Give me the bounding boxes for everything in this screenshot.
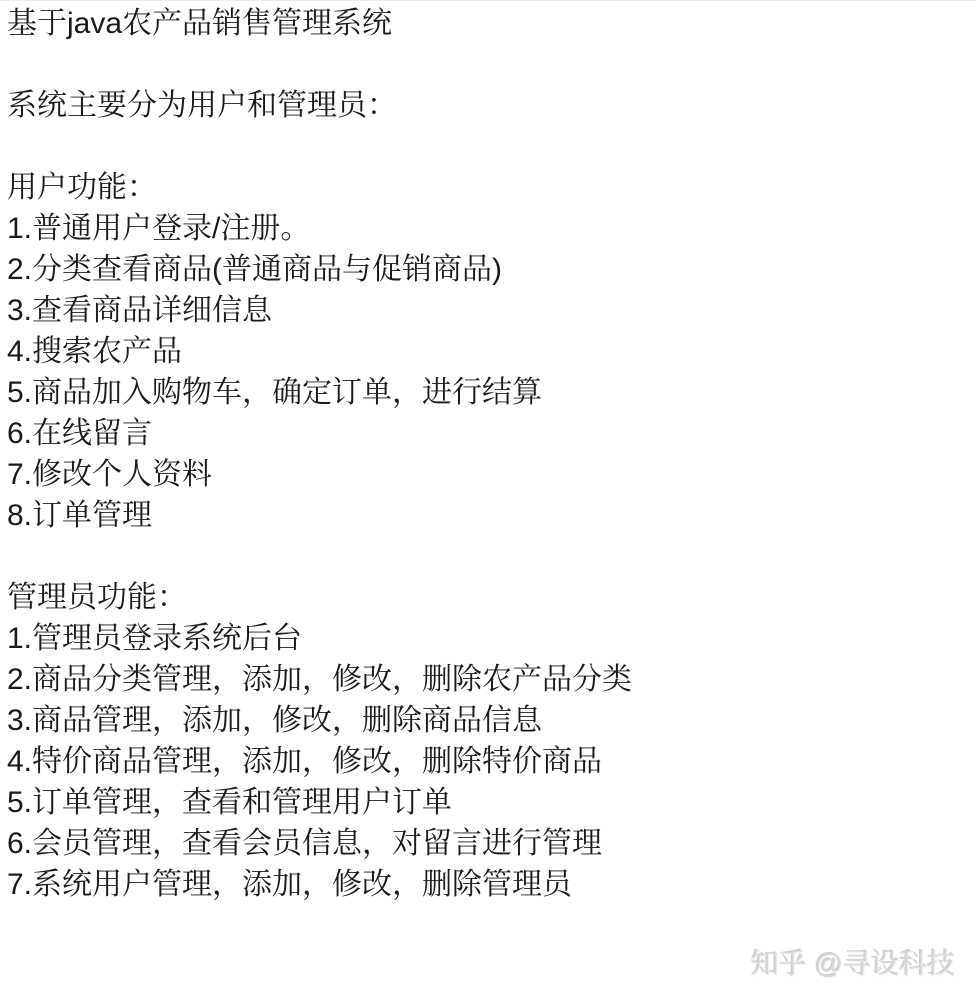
admin-function-item: 7.系统用户管理，添加，修改，删除管理员 <box>7 864 966 905</box>
admin-function-item: 3.商品管理，添加，修改，删除商品信息 <box>7 700 966 741</box>
admin-function-item: 1.管理员登录系统后台 <box>7 618 966 659</box>
user-function-item: 5.商品加入购物车，确定订单，进行结算 <box>7 372 966 413</box>
zhihu-watermark: 知乎 @寻设科技 <box>751 948 955 980</box>
user-function-item: 6.在线留言 <box>7 413 966 454</box>
admin-functions-section: 管理员功能： 1.管理员登录系统后台 2.商品分类管理，添加，修改，删除农产品分… <box>7 577 966 905</box>
intro-text: 系统主要分为用户和管理员： <box>7 85 966 126</box>
admin-function-item: 5.订单管理，查看和管理用户订单 <box>7 782 966 823</box>
admin-function-item: 4.特价商品管理，添加，修改，删除特价商品 <box>7 741 966 782</box>
user-function-item: 4.搜索农产品 <box>7 331 966 372</box>
user-function-item: 3.查看商品详细信息 <box>7 290 966 331</box>
document-body: 基于java农产品销售管理系统 系统主要分为用户和管理员： 用户功能： 1.普通… <box>0 1 976 905</box>
page: 基于java农产品销售管理系统 系统主要分为用户和管理员： 用户功能： 1.普通… <box>0 0 976 1003</box>
document-title: 基于java农产品销售管理系统 <box>7 3 966 44</box>
admin-function-item: 6.会员管理，查看会员信息，对留言进行管理 <box>7 823 966 864</box>
user-function-item: 7.修改个人资料 <box>7 454 966 495</box>
admin-functions-heading: 管理员功能： <box>7 577 966 618</box>
user-function-item: 1.普通用户登录/注册。 <box>7 208 966 249</box>
admin-function-item: 2.商品分类管理，添加，修改，删除农产品分类 <box>7 659 966 700</box>
user-functions-heading: 用户功能： <box>7 167 966 208</box>
user-functions-section: 用户功能： 1.普通用户登录/注册。 2.分类查看商品(普通商品与促销商品) 3… <box>7 167 966 536</box>
user-function-item: 8.订单管理 <box>7 495 966 536</box>
user-function-item: 2.分类查看商品(普通商品与促销商品) <box>7 249 966 290</box>
